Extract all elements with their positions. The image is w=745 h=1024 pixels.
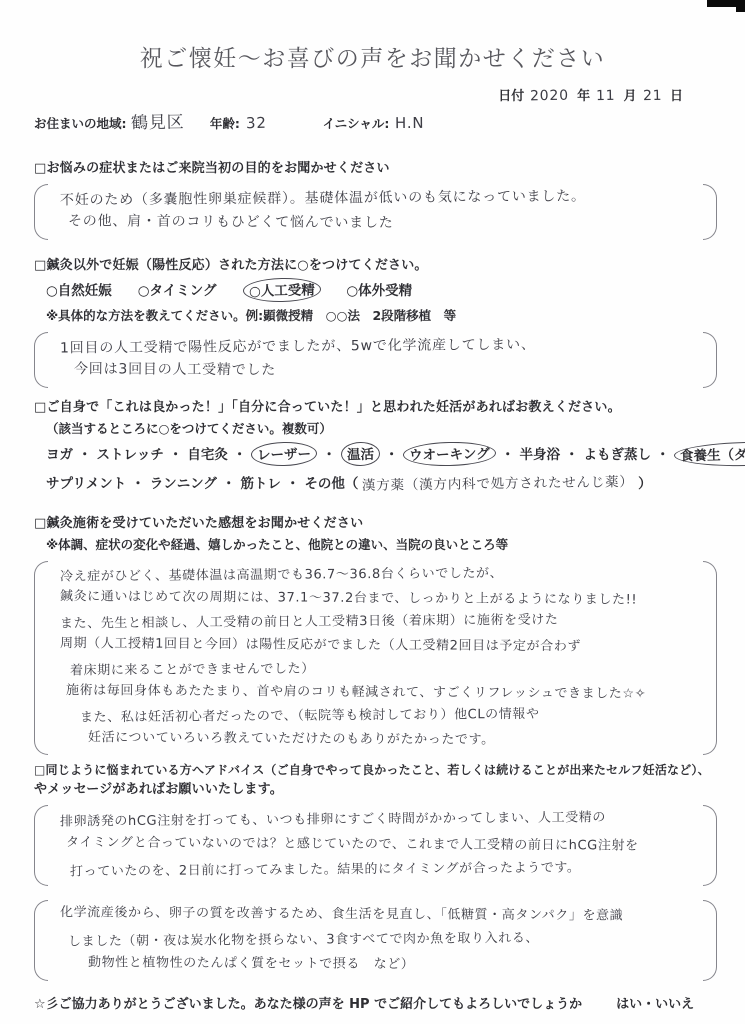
- q5-answer-area-2: 化学流産後から、卵子の質を改善するため、食生活を見直し、「低糖質・高タンパク」を…: [34, 898, 717, 983]
- option-walking: ウオーキング: [403, 441, 496, 467]
- date-day-value: 21: [642, 88, 662, 104]
- option-separator: ・: [169, 447, 183, 463]
- option-separator: ・: [656, 447, 670, 463]
- q2-answer-line-2: 今回は3回目の人工受精でした: [74, 357, 691, 386]
- option-other-close-paren: ）: [638, 476, 652, 492]
- q3-heading: □ご自身で「これは良かった！」「自分に合っていた！」と思われた妊活があればお教え…: [34, 396, 745, 415]
- q5-heading-line-2: やメッセージがあればお願いいたします。: [34, 778, 745, 797]
- q2-options-row: ○自然妊娠○タイミング○人工受精○体外受精: [46, 278, 745, 302]
- option-separator: ・: [222, 476, 236, 492]
- q5-answer2-line-3: 動物性と植物性のたんぱく質をセットで摂る など）: [88, 950, 691, 979]
- option-separator: ・: [233, 447, 247, 463]
- q1-answer-line-2: その他、肩・首のコリもひどくて悩んでいました: [68, 209, 691, 238]
- q4-heading: □鍼灸施術を受けていただいた感想をお聞かせください: [34, 512, 745, 531]
- q5-answer-area-1: 排卵誘発のhCG注射を打っても、いつも排卵にすごく時間がかかってしまい、人工受精…: [34, 803, 717, 888]
- q2-note: ※具体的な方法を教えてください。例:顕微授精 ○○法 2段階移植 等: [46, 306, 745, 324]
- option-ivf: ○体外受精: [346, 279, 412, 299]
- q1-answer-area: 不妊のため（多嚢胞性卵巣症候群）。基礎体温が低いのも気になっていました。 その他…: [34, 182, 717, 242]
- q4-answer-area: 冷え症がひどく、基礎体温は高温期でも36.7〜36.8台くらいでしたが、 鍼灸に…: [34, 559, 717, 757]
- option-other-handwritten-value: 漢方薬（漢方内科で処方されたせんじ薬）: [362, 469, 634, 500]
- footer-text: ☆彡ご協力ありがとうございました。あなた様の声を HP でご紹介してもよろしいで…: [34, 997, 582, 1012]
- option-mugwort-steam: よもぎ蒸し: [583, 443, 651, 463]
- q4-note: ※体調、症状の変化や経過、嬉しかったこと、他院との違い、当院の良いところ等: [46, 535, 745, 553]
- q5-answer1-line-3: 打っていたのを、2日前に打ってみました。結果的にタイミングが合ったようです。: [70, 855, 691, 885]
- option-half-body-bath: 半身浴: [519, 443, 560, 463]
- date-year-label: 年: [577, 89, 590, 104]
- date-line: 日付2020年11月21日: [0, 85, 683, 104]
- q2-heading: □鍼灸以外で妊娠（陽性反応）された方法に○をつけてください。: [34, 254, 745, 273]
- date-year-value: 2020: [530, 88, 569, 105]
- initial-label: イニシャル:: [323, 116, 390, 131]
- q3-note: （該当するところに○をつけてください。複数可）: [46, 419, 745, 437]
- form-title: 祝ご懐妊〜お喜びの声をお聞かせください: [0, 40, 745, 73]
- q4-answer-line-7: また、私は妊活初心者だったので、（転院等も検討しており）他CLの情報や: [80, 702, 691, 730]
- option-separator: ・: [501, 447, 515, 463]
- q3-options-row-1: ヨガ・ストレッチ・自宅灸・レーザー・温活・ウオーキング・半身浴・よもぎ蒸し・食養…: [46, 442, 745, 466]
- option-separator: ・: [78, 447, 92, 463]
- initial-value: H.N: [395, 114, 425, 132]
- option-dietary-regimen: 食養生（ダイエット）: [674, 440, 745, 467]
- date-month-value: 11: [596, 88, 616, 104]
- option-running: ランニング: [150, 471, 217, 498]
- q2-answer-area: 1回目の人工受精で陽性反応がでましたが、5wで化学流産してしまい、 今回は3回目…: [34, 330, 717, 390]
- option-muscle-training: 筋トレ: [240, 471, 281, 498]
- option-warming-activity: 温活: [341, 442, 380, 467]
- q4-answer-line-5: 着床期に来ることができませんでした）: [70, 655, 691, 683]
- option-artificial-insemination: ○人工受精: [242, 277, 320, 303]
- option-laser: レーザー: [251, 441, 317, 466]
- age-label: 年齢:: [210, 116, 240, 131]
- q3-options-row-2: サプリメント・ランニング・筋トレ・その他（漢方薬（漢方内科で処方されたせんじ薬）…: [46, 471, 745, 498]
- scan-artifact-top-right: [707, 0, 745, 7]
- option-timing: ○タイミング: [138, 279, 217, 299]
- region-value: 鶴見区: [130, 108, 184, 134]
- option-home-moxibustion: 自宅灸: [187, 443, 228, 463]
- scan-artifact-top-right-nub: [736, 7, 745, 12]
- date-day-label: 日: [670, 89, 683, 104]
- date-prefix-label: 日付: [498, 89, 524, 104]
- option-other-label: その他（: [304, 471, 358, 498]
- option-separator: ・: [286, 476, 300, 492]
- q4-answer-line-8: 妊活についていろいろ教えていただけたのもありがたかったです。: [88, 726, 691, 753]
- option-separator: ・: [565, 447, 579, 463]
- option-natural-pregnancy: ○自然妊娠: [46, 279, 112, 299]
- footer-thanks-line: ☆彡ご協力ありがとうございました。あなた様の声を HP でご紹介してもよろしいで…: [34, 993, 745, 1012]
- profile-line: お住まいの地域:鶴見区年齢:32イニシャル:H.N: [34, 108, 745, 133]
- consent-choices: はい・いいえ: [616, 997, 694, 1012]
- option-separator: ・: [322, 447, 336, 463]
- date-month-label: 月: [624, 89, 637, 104]
- option-stretch: ストレッチ: [97, 443, 164, 463]
- q5-heading-line-1: □同じように悩まれている方へアドバイス（ご自身でやって良かったこと、若しくは続け…: [34, 761, 745, 778]
- option-yoga: ヨガ: [46, 443, 73, 463]
- age-value: 32: [246, 114, 267, 133]
- q1-heading: □お悩みの症状またはご来院当初の目的をお聞かせください: [34, 157, 745, 176]
- option-separator: ・: [131, 476, 145, 492]
- option-supplement: サプリメント: [46, 471, 126, 498]
- scanned-questionnaire-page: 祝ご懐妊〜お喜びの声をお聞かせください 日付2020年11月21日 お住まいの地…: [0, 0, 745, 1024]
- option-separator: ・: [385, 447, 399, 463]
- region-label: お住まいの地域:: [34, 116, 127, 131]
